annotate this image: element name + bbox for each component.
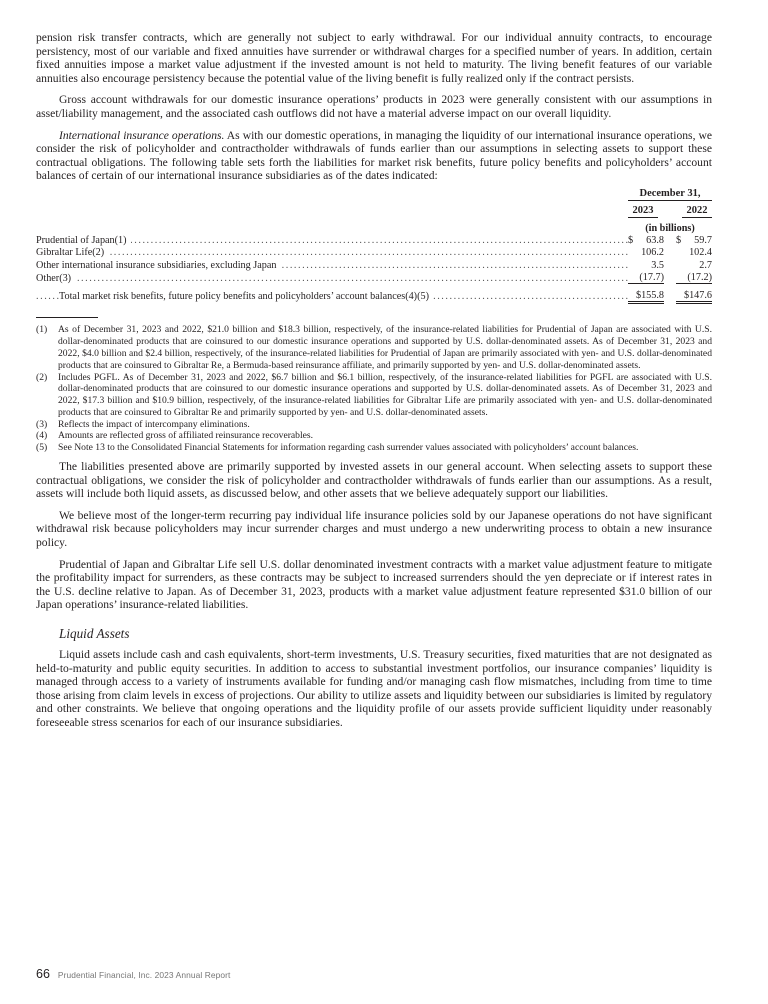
row-label: Gibraltar Life(2) [36, 247, 108, 258]
footnote-text: Amounts are reflected gross of affiliate… [58, 430, 712, 442]
footnote-number: (3) [36, 419, 58, 431]
paragraph-market-value-adjustment: Prudential of Japan and Gibraltar Life s… [36, 558, 712, 612]
table-year-row: 2023 2022 [36, 203, 712, 218]
total-2022: $147.6 [676, 290, 712, 304]
total-2023: $155.8 [628, 290, 664, 304]
column-header-2023: 2023 [628, 205, 658, 218]
footnote-text: See Note 13 to the Consolidated Financia… [58, 442, 712, 454]
value-2022: (17.2) [676, 272, 712, 284]
table-row: Gibraltar Life(2)106.2102.4 [36, 247, 712, 260]
table-header-date: December 31, [628, 188, 712, 201]
table-body: Prudential of Japan(1)$63.8$59.7Gibralta… [36, 234, 712, 284]
table-row: Other(3)(17.7)(17.2) [36, 272, 712, 285]
paragraph-japanese-policies: We believe most of the longer-term recur… [36, 509, 712, 550]
page-number: 66 [36, 967, 50, 981]
table-units-row: (in billions) [36, 219, 712, 234]
footnote: (2)Includes PGFL. As of December 31, 202… [36, 372, 712, 419]
footnote-divider [36, 317, 98, 318]
table-units: (in billions) [628, 223, 712, 234]
footnote-number: (2) [36, 372, 58, 419]
footnote-number: (1) [36, 324, 58, 371]
footnote: (1)As of December 31, 2023 and 2022, $21… [36, 324, 712, 371]
value-2023: $63.8 [628, 235, 664, 246]
footnote: (5)See Note 13 to the Consolidated Finan… [36, 442, 712, 454]
value-2022: $59.7 [676, 235, 712, 246]
footnote: (3)Reflects the impact of intercompany e… [36, 419, 712, 431]
footnote-number: (4) [36, 430, 58, 442]
section-heading-liquid-assets: Liquid Assets [59, 626, 712, 642]
table-row: Prudential of Japan(1)$63.8$59.7 [36, 234, 712, 247]
page-footer: 66 Prudential Financial, Inc. 2023 Annua… [36, 967, 230, 981]
document-page: pension risk transfer contracts, which a… [36, 31, 712, 730]
paragraph-gross-withdrawals: Gross account withdrawals for our domest… [36, 93, 712, 120]
total-label: Total market risk benefits, future polic… [59, 291, 433, 302]
paragraph-liquid-assets: Liquid assets include cash and cash equi… [36, 648, 712, 730]
table-row-total: Total market risk benefits, future polic… [36, 288, 712, 305]
footnote-text: Includes PGFL. As of December 31, 2023 a… [58, 372, 712, 419]
paragraph-liabilities-supported: The liabilities presented above are prim… [36, 460, 712, 501]
row-label: Other(3) [36, 273, 75, 284]
liabilities-table: December 31, 2023 2022 (in billions) Pru… [36, 186, 712, 305]
paragraph-international-operations: International insurance operations. As w… [36, 129, 712, 183]
value-2022: 2.7 [676, 260, 712, 271]
footnote-text: Reflects the impact of intercompany elim… [58, 419, 712, 431]
footnote-number: (5) [36, 442, 58, 454]
paragraph-annuity-persistency: pension risk transfer contracts, which a… [36, 31, 712, 85]
footnote: (4)Amounts are reflected gross of affili… [36, 430, 712, 442]
currency-symbol: $ [628, 235, 633, 246]
currency-symbol: $ [676, 235, 681, 246]
value-2023: 106.2 [628, 247, 664, 258]
report-title: Prudential Financial, Inc. 2023 Annual R… [58, 970, 231, 980]
column-header-2022: 2022 [682, 205, 712, 218]
value-2023: (17.7) [628, 272, 664, 284]
table-header-row: December 31, [36, 186, 712, 201]
value-2022: 102.4 [676, 247, 712, 258]
value-2023: 3.5 [628, 260, 664, 271]
footnote-text: As of December 31, 2023 and 2022, $21.0 … [58, 324, 712, 371]
footnotes: (1)As of December 31, 2023 and 2022, $21… [36, 324, 712, 454]
row-label: Prudential of Japan(1) [36, 235, 131, 246]
row-label: Other international insurance subsidiari… [36, 260, 280, 271]
run-in-heading: International insurance operations. [59, 129, 224, 142]
table-row: Other international insurance subsidiari… [36, 259, 712, 272]
